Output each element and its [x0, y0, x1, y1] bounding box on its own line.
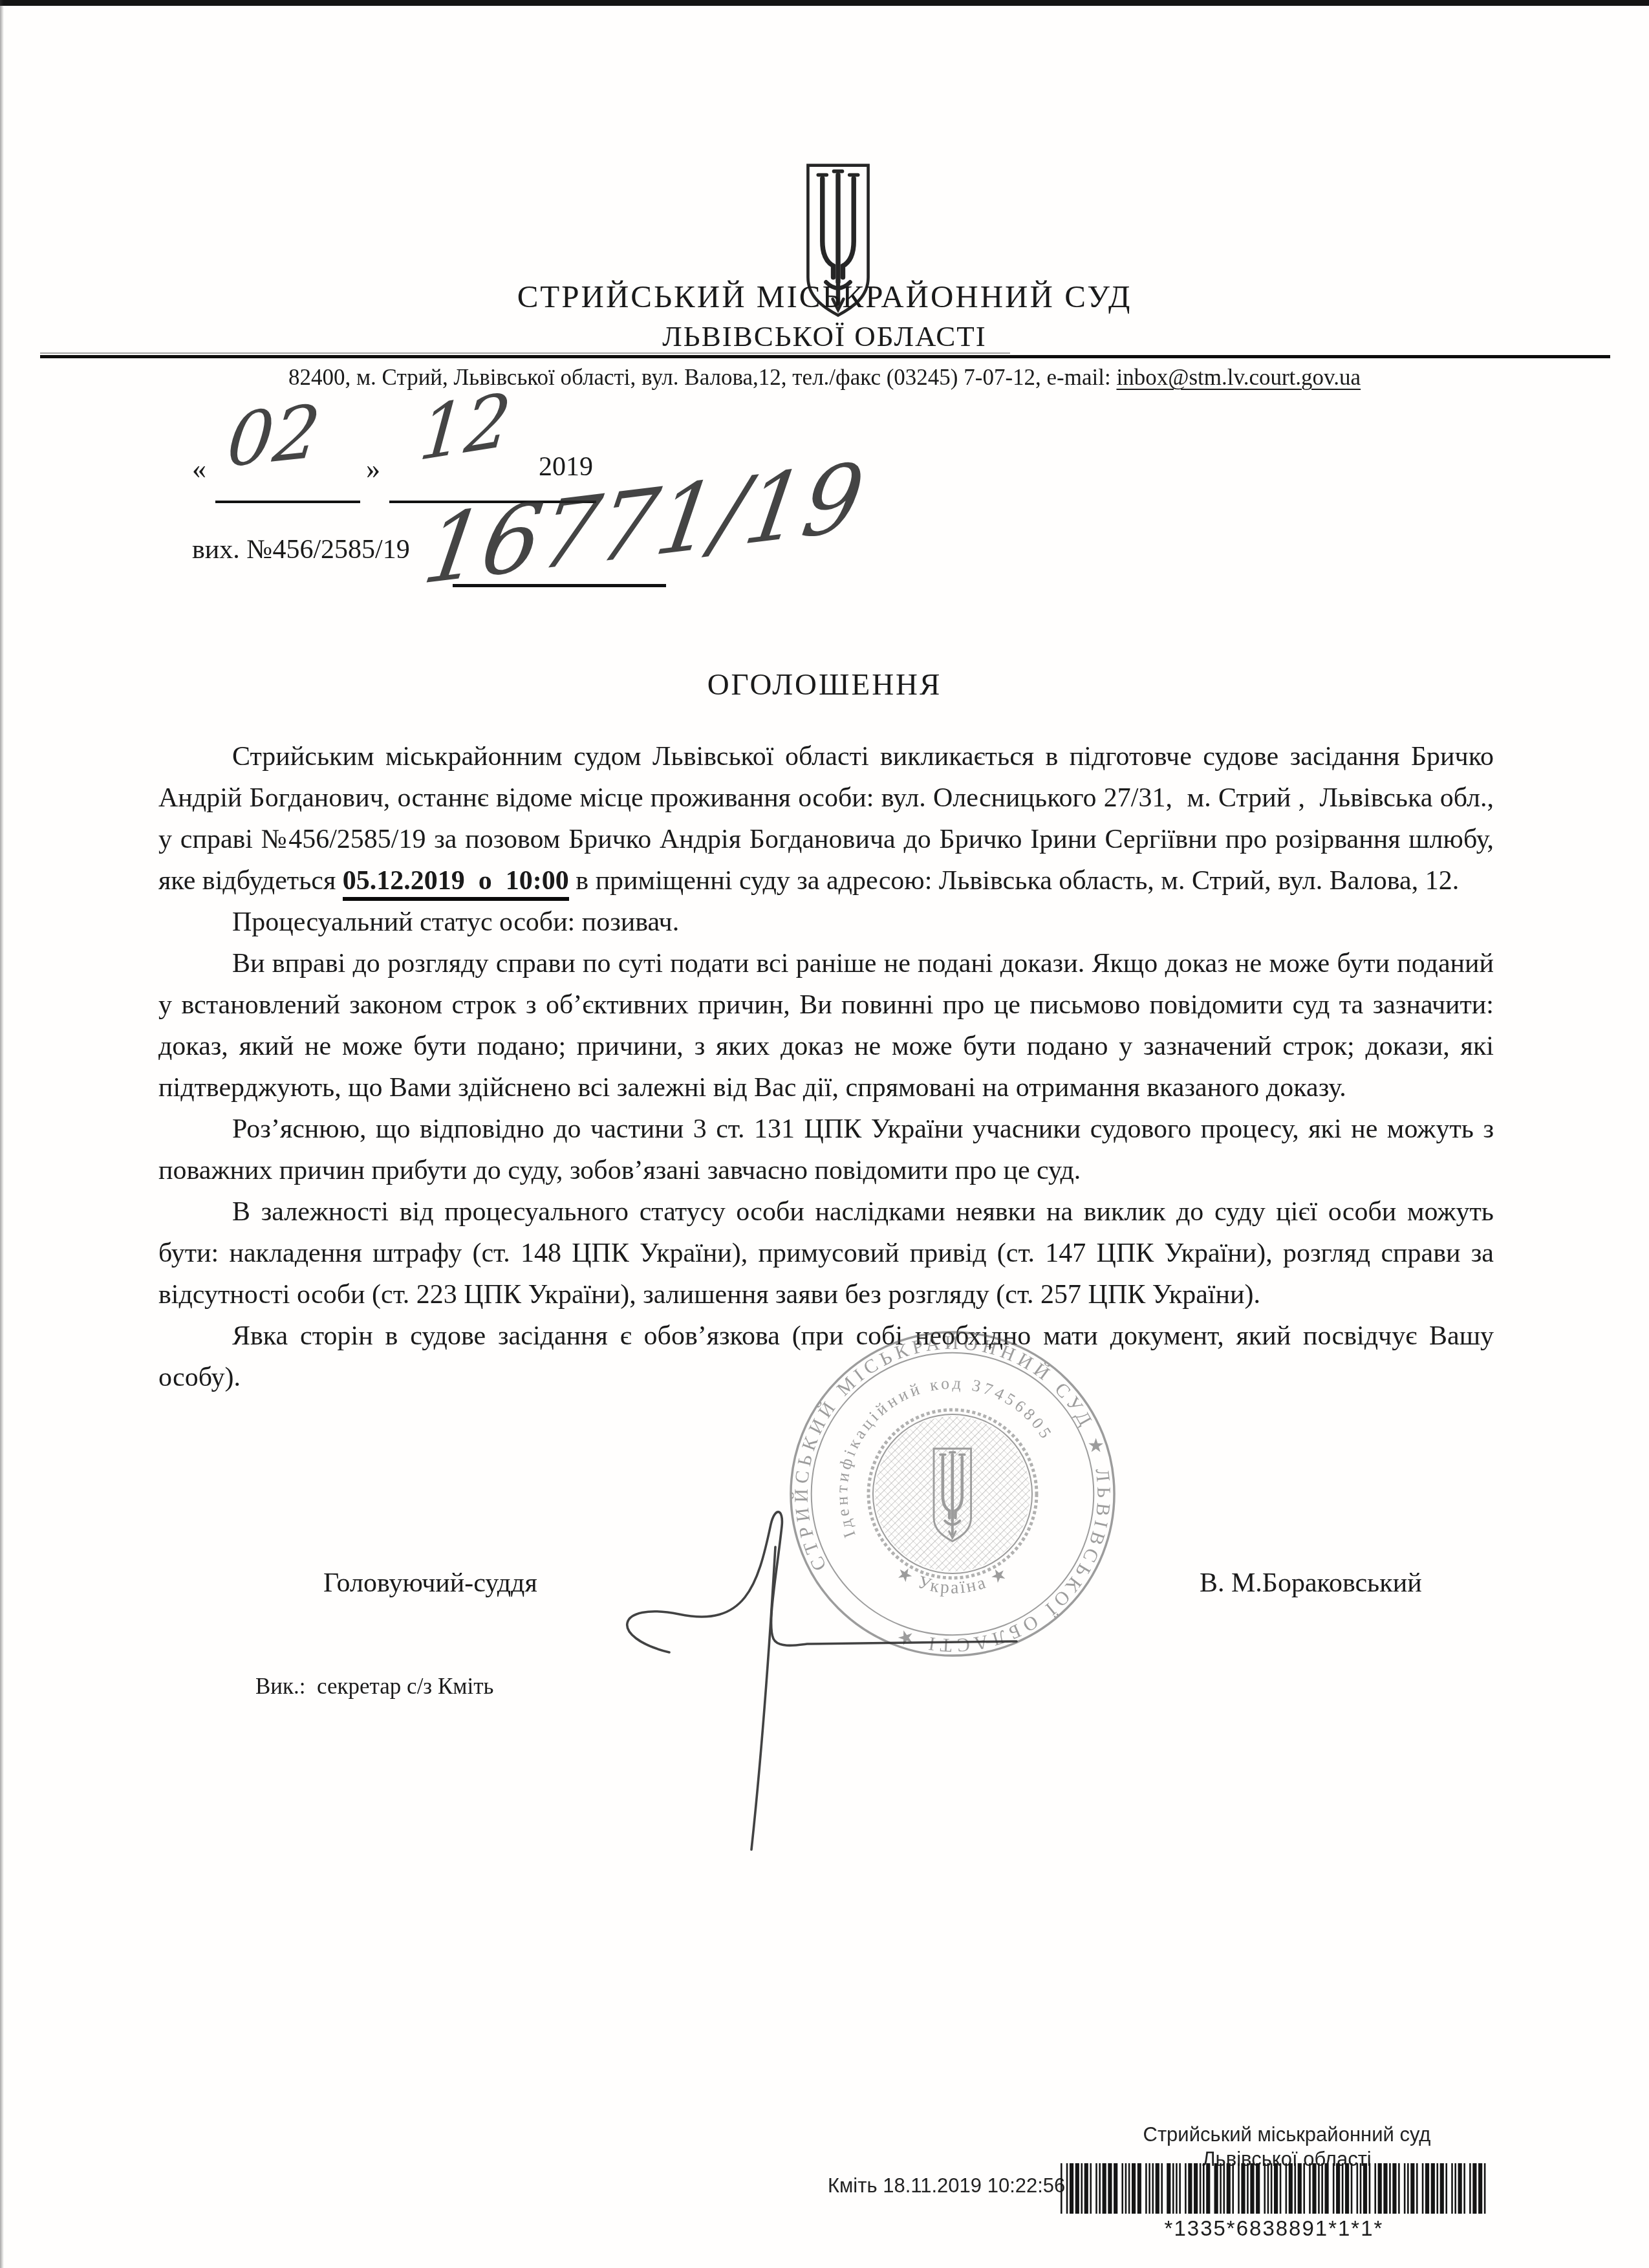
footer-court-line1: Стрийський міськрайонний суд	[1061, 2122, 1513, 2147]
header-rule-shadow	[40, 352, 1010, 354]
outgoing-ref-number: вих. №456/2585/19	[192, 534, 410, 565]
handwritten-ref-number: 16771/19	[416, 442, 870, 605]
hearing-datetime: 05.12.2019 о 10:00	[343, 866, 569, 901]
paragraph-notice: Роз’яснюю, що відповідно до частини 3 ст…	[158, 1108, 1494, 1191]
date-quote-close: »	[366, 453, 380, 486]
paragraph-status: Процесуальний статус особи: позивач.	[158, 902, 1494, 943]
judge-signature	[582, 1487, 1073, 1875]
handwritten-month: 12	[416, 377, 514, 478]
paragraph-consequences: В залежності від процесуального статусу …	[158, 1191, 1494, 1315]
court-name-line2: ЛЬВІВСЬКОЇ ОБЛАСТІ	[0, 319, 1649, 353]
scan-edge-artifact-top	[0, 0, 1649, 6]
handwritten-day: 02	[223, 389, 324, 484]
court-name-line1: СТРИЙСЬКИЙ МІСЬКРАЙОННИЙ СУД	[0, 278, 1649, 315]
document-body: Стрийським міськрайонним судом Львівсько…	[158, 736, 1494, 1398]
barcode-caption: *1335*6838891*1*1*	[1061, 2216, 1487, 2241]
date-day-underline	[215, 501, 360, 503]
judge-title-label: Головуючий-суддя	[323, 1568, 537, 1599]
paragraph-summons: Стрийським міськрайонним судом Львівсько…	[158, 736, 1494, 902]
summons-text-after: в приміщенні суду за адресою: Львівська …	[569, 866, 1459, 896]
court-address-line: 82400, м. Стрий, Львівської області, вул…	[0, 365, 1649, 391]
scanned-court-document-page: СТРИЙСЬКИЙ МІСЬКРАЙОННИЙ СУД ЛЬВІВСЬКОЇ …	[0, 0, 1649, 2268]
header-rule	[40, 355, 1610, 358]
registration-barcode	[1061, 2163, 1487, 2214]
footer-clerk-timestamp: Кміть 18.11.2019 10:22:56	[828, 2174, 1065, 2198]
paragraph-evidence: Ви вправі до розгляду справи по суті под…	[158, 943, 1494, 1108]
date-quote-open: «	[192, 453, 206, 486]
judge-name: В. М.Бораковський	[1200, 1568, 1422, 1599]
clerk-line: Вик.: секретар с/з Кміть	[255, 1674, 493, 1700]
court-email: inbox@stm.lv.court.gov.ua	[1116, 365, 1361, 390]
address-text: 82400, м. Стрий, Львівської області, вул…	[288, 365, 1117, 390]
document-title: ОГОЛОШЕННЯ	[0, 667, 1649, 702]
